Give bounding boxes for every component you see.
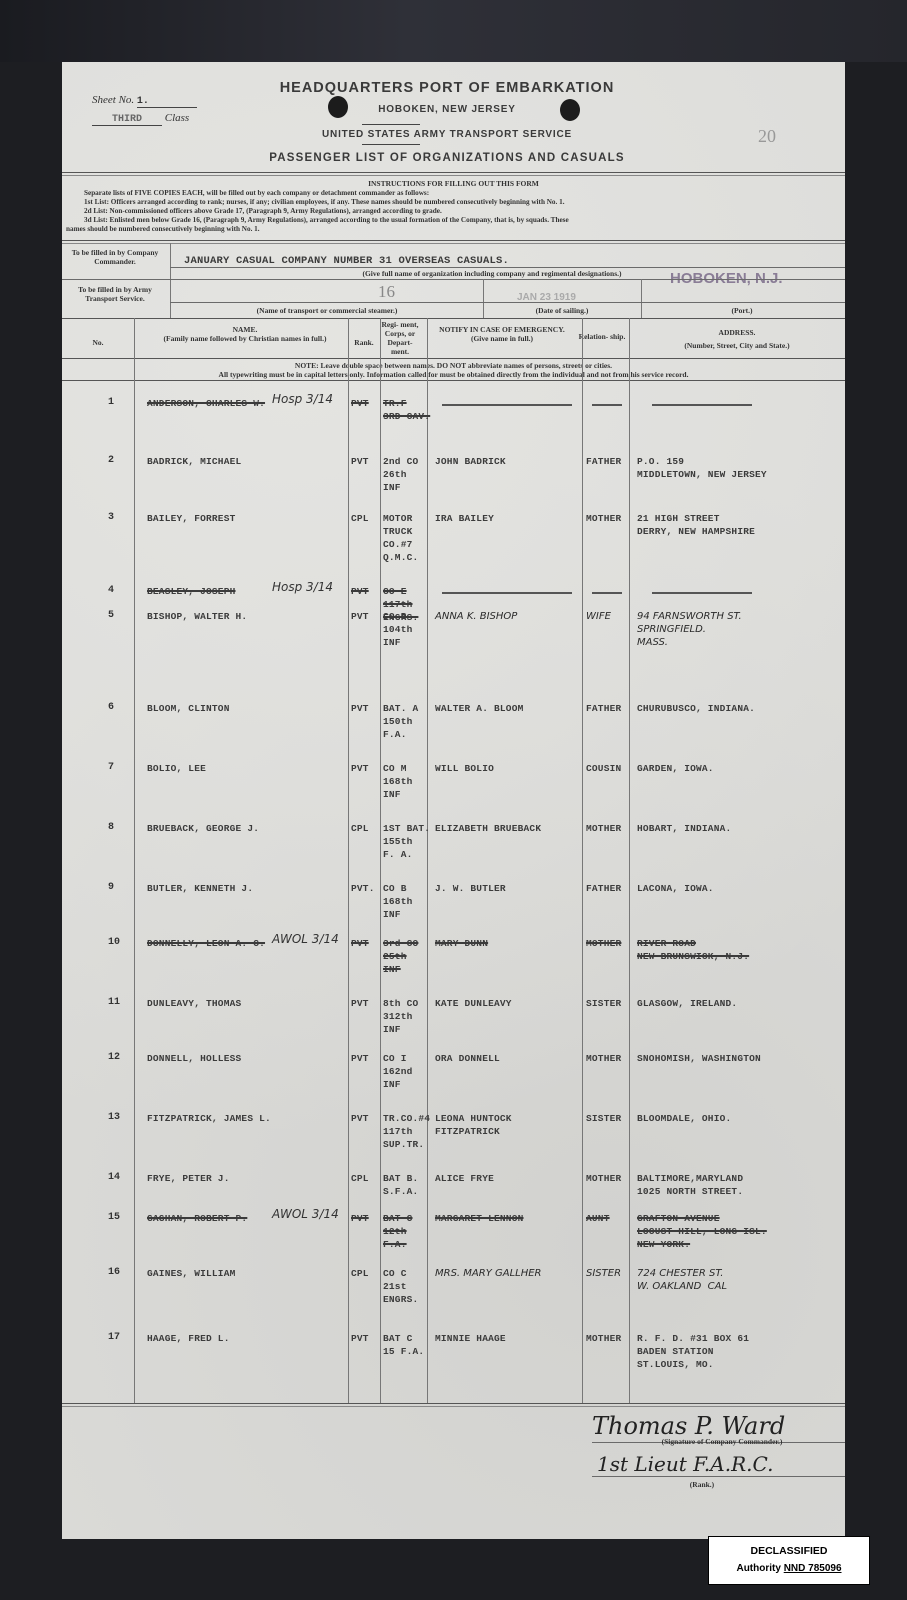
passenger-regiment: CO I 162nd INF xyxy=(383,1052,427,1091)
row-number: 12 xyxy=(108,1052,132,1063)
address: LACONA, IOWA. xyxy=(637,882,842,895)
passenger-rank: PVT xyxy=(351,997,381,1010)
passenger-regiment: CO B 168th INF xyxy=(383,882,427,921)
handwritten-annotation: Hosp 3/14 xyxy=(272,581,333,594)
relationship: MOTHER xyxy=(586,1172,630,1185)
declassified-title: DECLASSIFIED xyxy=(709,1545,869,1557)
passenger-regiment: BAT. A 150th F.A. xyxy=(383,702,427,741)
blank-dash xyxy=(652,592,752,594)
row-number: 10 xyxy=(108,937,132,948)
passenger-name: GAINES, WILLIAM xyxy=(147,1267,347,1280)
relationship: FATHER xyxy=(586,882,630,895)
passenger-name: BLOOM, CLINTON xyxy=(147,702,347,715)
instructions-line: 1st List: Officers arranged according to… xyxy=(84,198,839,207)
col-header-relationship: Relation- ship. xyxy=(577,332,627,341)
declassified-label: DECLASSIFIED Authority NND 785096 xyxy=(708,1536,870,1585)
signature-caption: (Signature of Company Commander.) xyxy=(622,1437,822,1446)
company-cmdr-label: To be filled in by Company Commander. xyxy=(70,248,160,266)
passenger-regiment: CO C 21st ENGRS. xyxy=(383,1267,427,1306)
col-header-address-sub: (Number, Street, City and State.) xyxy=(632,341,842,350)
emergency-contact: ANNA K. BISHOP xyxy=(435,610,580,623)
address: BLOOMDALE, OHIO. xyxy=(637,1112,842,1125)
col-header-notify-sub: (Give name in full.) xyxy=(427,334,577,343)
row-number: 15 xyxy=(108,1212,132,1223)
handwritten-annotation: AWOL 3/14 xyxy=(272,933,339,946)
relationship: AUNT xyxy=(586,1212,630,1225)
passenger-list-form: Sheet No. 1. THIRD Class HEADQUARTERS PO… xyxy=(62,62,845,1539)
passenger-rank: PVT xyxy=(351,585,381,598)
passenger-regiment: TR.F 3RD CAV. xyxy=(383,397,427,423)
emergency-contact: MARY DUNN xyxy=(435,937,580,950)
passenger-regiment: 2nd CO 26th INF xyxy=(383,455,427,494)
row-number: 9 xyxy=(108,882,132,893)
col-header-no: No. xyxy=(62,338,134,347)
relationship: SISTER xyxy=(586,1112,630,1125)
sheet-label: Sheet No. xyxy=(92,94,134,106)
transport-label: To be filled in by Army Transport Servic… xyxy=(66,285,164,303)
class-line: THIRD Class xyxy=(92,112,189,126)
row-number: 1 xyxy=(108,397,132,408)
passenger-rank: PVT xyxy=(351,1332,381,1345)
passenger-rank: PVT xyxy=(351,397,381,410)
emergency-contact: ELIZABETH BRUEBACK xyxy=(435,822,580,835)
passenger-name: BADRICK, MICHAEL xyxy=(147,455,347,468)
passenger-regiment: BAT C 12th F.A. xyxy=(383,1212,427,1251)
relationship: SISTER xyxy=(586,997,630,1010)
address: HOBART, INDIANA. xyxy=(637,822,842,835)
passenger-regiment: BAT B. S.F.A. xyxy=(383,1172,427,1198)
row-number: 8 xyxy=(108,822,132,833)
address: 724 CHESTER ST. W. OAKLAND CAL xyxy=(637,1267,842,1293)
address: BALTIMORE,MARYLAND 1025 NORTH STREET. xyxy=(637,1172,842,1198)
relationship: MOTHER xyxy=(586,512,630,525)
address: SNOHOMISH, WASHINGTON xyxy=(637,1052,842,1065)
transport-value: 16 xyxy=(378,282,395,302)
row-number: 14 xyxy=(108,1172,132,1183)
col-header-rank: Rank. xyxy=(348,338,380,347)
rank-caption: (Rank.) xyxy=(662,1480,742,1489)
passenger-rank: PVT xyxy=(351,702,381,715)
col-header-address: ADDRESS. (Number, Street, City and State… xyxy=(632,328,842,350)
address: GLASGOW, IRELAND. xyxy=(637,997,842,1010)
passenger-regiment: 1ST BAT. 155th F. A. xyxy=(383,822,427,861)
form-service: UNITED STATES ARMY TRANSPORT SERVICE xyxy=(212,129,682,140)
col-header-name-title: NAME. xyxy=(140,325,350,334)
passenger-regiment: CO M 168th INF xyxy=(383,762,427,801)
handwritten-annotation: Hosp 3/14 xyxy=(272,393,333,406)
instructions-line: names should be numbered consecutively b… xyxy=(66,225,821,234)
relationship: MOTHER xyxy=(586,1052,630,1065)
passenger-name: BUTLER, KENNETH J. xyxy=(147,882,347,895)
instructions-line: Separate lists of FIVE COPIES EACH, will… xyxy=(84,189,839,198)
relationship: MOTHER xyxy=(586,937,630,950)
form-location: HOBOKEN, NEW JERSEY xyxy=(212,104,682,115)
blank-dash xyxy=(442,404,572,406)
passenger-rank: PVT xyxy=(351,1212,381,1225)
sheet-number: Sheet No. 1. xyxy=(92,94,197,108)
blank-dash xyxy=(442,592,572,594)
passenger-rank: CPL xyxy=(351,1172,381,1185)
relationship: SISTER xyxy=(586,1267,630,1280)
commander-rank: 1st Lieut F.A.R.C. xyxy=(597,1452,773,1476)
row-number: 3 xyxy=(108,512,132,523)
passenger-name: HAAGE, FRED L. xyxy=(147,1332,347,1345)
sheet-number-value: 1. xyxy=(137,96,197,108)
form-note-line1: NOTE: Leave double space between names. … xyxy=(62,361,845,370)
emergency-contact: MRS. MARY GALLHER xyxy=(435,1267,580,1280)
instructions-line: 3d List: Enlisted men below Grade 16, (P… xyxy=(84,216,839,225)
passenger-regiment: MOTOR TRUCK CO.#7 Q.M.C. xyxy=(383,512,427,564)
passenger-regiment: 8th CO 312th INF xyxy=(383,997,427,1036)
date-caption: (Date of sailing.) xyxy=(487,306,637,315)
row-number: 13 xyxy=(108,1112,132,1123)
address: GARDEN, IOWA. xyxy=(637,762,842,775)
emergency-contact: IRA BAILEY xyxy=(435,512,580,525)
col-header-notify: NOTIFY IN CASE OF EMERGENCY. (Give name … xyxy=(427,325,577,343)
emergency-contact: MARGARET LENNON xyxy=(435,1212,580,1225)
passenger-regiment: BAT C 15 F.A. xyxy=(383,1332,427,1358)
relationship: COUSIN xyxy=(586,762,630,775)
col-header-name: NAME. (Family name followed by Christian… xyxy=(140,325,350,343)
passenger-regiment: CO B 104th INF xyxy=(383,610,427,649)
emergency-contact: ALICE FRYE xyxy=(435,1172,580,1185)
row-number: 11 xyxy=(108,997,132,1008)
address: 94 FARNSWORTH ST. SPRINGFIELD. MASS. xyxy=(637,610,842,649)
passenger-name: BAILEY, FORREST xyxy=(147,512,347,525)
passenger-rank: CPL xyxy=(351,822,381,835)
address: R. F. D. #31 BOX 61 BADEN STATION ST.LOU… xyxy=(637,1332,842,1371)
relationship: FATHER xyxy=(586,455,630,468)
handwritten-annotation: AWOL 3/14 xyxy=(272,1208,339,1221)
passenger-regiment: 3rd CO 25th INF xyxy=(383,937,427,976)
emergency-contact: LEONA HUNTOCK FITZPATRICK xyxy=(435,1112,580,1138)
transport-caption: (Name of transport or commercial steamer… xyxy=(182,306,472,315)
passenger-name: FITZPATRICK, JAMES L. xyxy=(147,1112,347,1125)
scan-background xyxy=(0,0,907,62)
passenger-rank: PVT xyxy=(351,762,381,775)
col-header-notify-title: NOTIFY IN CASE OF EMERGENCY. xyxy=(427,325,577,334)
passenger-rank: CPL xyxy=(351,512,381,525)
relationship: FATHER xyxy=(586,702,630,715)
emergency-contact: ORA DONNELL xyxy=(435,1052,580,1065)
address: 21 HIGH STREET DERRY, NEW HAMPSHIRE xyxy=(637,512,842,538)
page-number: 20 xyxy=(758,126,776,147)
form-list-title: PASSENGER LIST OF ORGANIZATIONS AND CASU… xyxy=(212,152,682,164)
form-title: HEADQUARTERS PORT OF EMBARKATION xyxy=(212,80,682,96)
col-header-name-sub: (Family name followed by Christian names… xyxy=(140,334,350,343)
relationship: MOTHER xyxy=(586,1332,630,1345)
blank-dash xyxy=(592,404,622,406)
emergency-contact: KATE DUNLEAVY xyxy=(435,997,580,1010)
col-header-regiment: Regi- ment, Corps, or Depart- ment. xyxy=(380,320,420,356)
passenger-rank: PVT. xyxy=(351,882,381,895)
row-number: 6 xyxy=(108,702,132,713)
emergency-contact: J. W. BUTLER xyxy=(435,882,580,895)
declassified-authority: Authority NND 785096 xyxy=(709,1563,869,1574)
instructions-title: INSTRUCTIONS FOR FILLING OUT THIS FORM xyxy=(62,179,845,188)
class-value: THIRD xyxy=(92,114,162,126)
row-number: 7 xyxy=(108,762,132,773)
passenger-regiment: TR.CO.#4 117th SUP.TR. xyxy=(383,1112,427,1151)
emergency-contact: WALTER A. BLOOM xyxy=(435,702,580,715)
blank-dash xyxy=(592,592,622,594)
passenger-name: BOLIO, LEE xyxy=(147,762,347,775)
relationship: WIFE xyxy=(586,610,630,623)
address: CHURUBUSCO, INDIANA. xyxy=(637,702,842,715)
row-number: 5 xyxy=(108,610,132,621)
passenger-rank: PVT xyxy=(351,610,381,623)
passenger-rank: PVT xyxy=(351,1052,381,1065)
passenger-name: BRUEBACK, GEORGE J. xyxy=(147,822,347,835)
passenger-rank: CPL xyxy=(351,1267,381,1280)
passenger-name: DUNLEAVY, THOMAS xyxy=(147,997,347,1010)
instructions-line: 2d List: Non-commissioned officers above… xyxy=(84,207,839,216)
address: RIVER ROAD NEW BRUNSWICK, N.J. xyxy=(637,937,842,963)
emergency-contact: MINNIE HAAGE xyxy=(435,1332,580,1345)
authority-label: Authority xyxy=(736,1563,780,1574)
address: P.O. 159 MIDDLETOWN, NEW JERSEY xyxy=(637,455,842,481)
row-number: 2 xyxy=(108,455,132,466)
organization-caption: (Give full name of organization includin… xyxy=(252,269,732,278)
col-header-address-title: ADDRESS. xyxy=(632,328,842,337)
commander-signature: Thomas P. Ward xyxy=(592,1412,785,1440)
blank-dash xyxy=(652,404,752,406)
passenger-rank: PVT xyxy=(351,1112,381,1125)
class-label: Class xyxy=(165,112,189,124)
emergency-contact: JOHN BADRICK xyxy=(435,455,580,468)
row-number: 4 xyxy=(108,585,132,596)
address: GRAFTON AVENUE LOCUST HILL, LONG ISL. NE… xyxy=(637,1212,842,1251)
passenger-name: FRYE, PETER J. xyxy=(147,1172,347,1185)
row-number: 17 xyxy=(108,1332,132,1343)
port-caption: (Port.) xyxy=(647,306,837,315)
form-note-line2: All typewriting must be in capital lette… xyxy=(62,370,845,379)
authority-value: NND 785096 xyxy=(784,1563,842,1574)
row-number: 16 xyxy=(108,1267,132,1278)
passenger-name: DONNELL, HOLLESS xyxy=(147,1052,347,1065)
passenger-name: BISHOP, WALTER H. xyxy=(147,610,347,623)
passenger-rank: PVT xyxy=(351,937,381,950)
passenger-rank: PVT xyxy=(351,455,381,468)
relationship: MOTHER xyxy=(586,822,630,835)
emergency-contact: WILL BOLIO xyxy=(435,762,580,775)
